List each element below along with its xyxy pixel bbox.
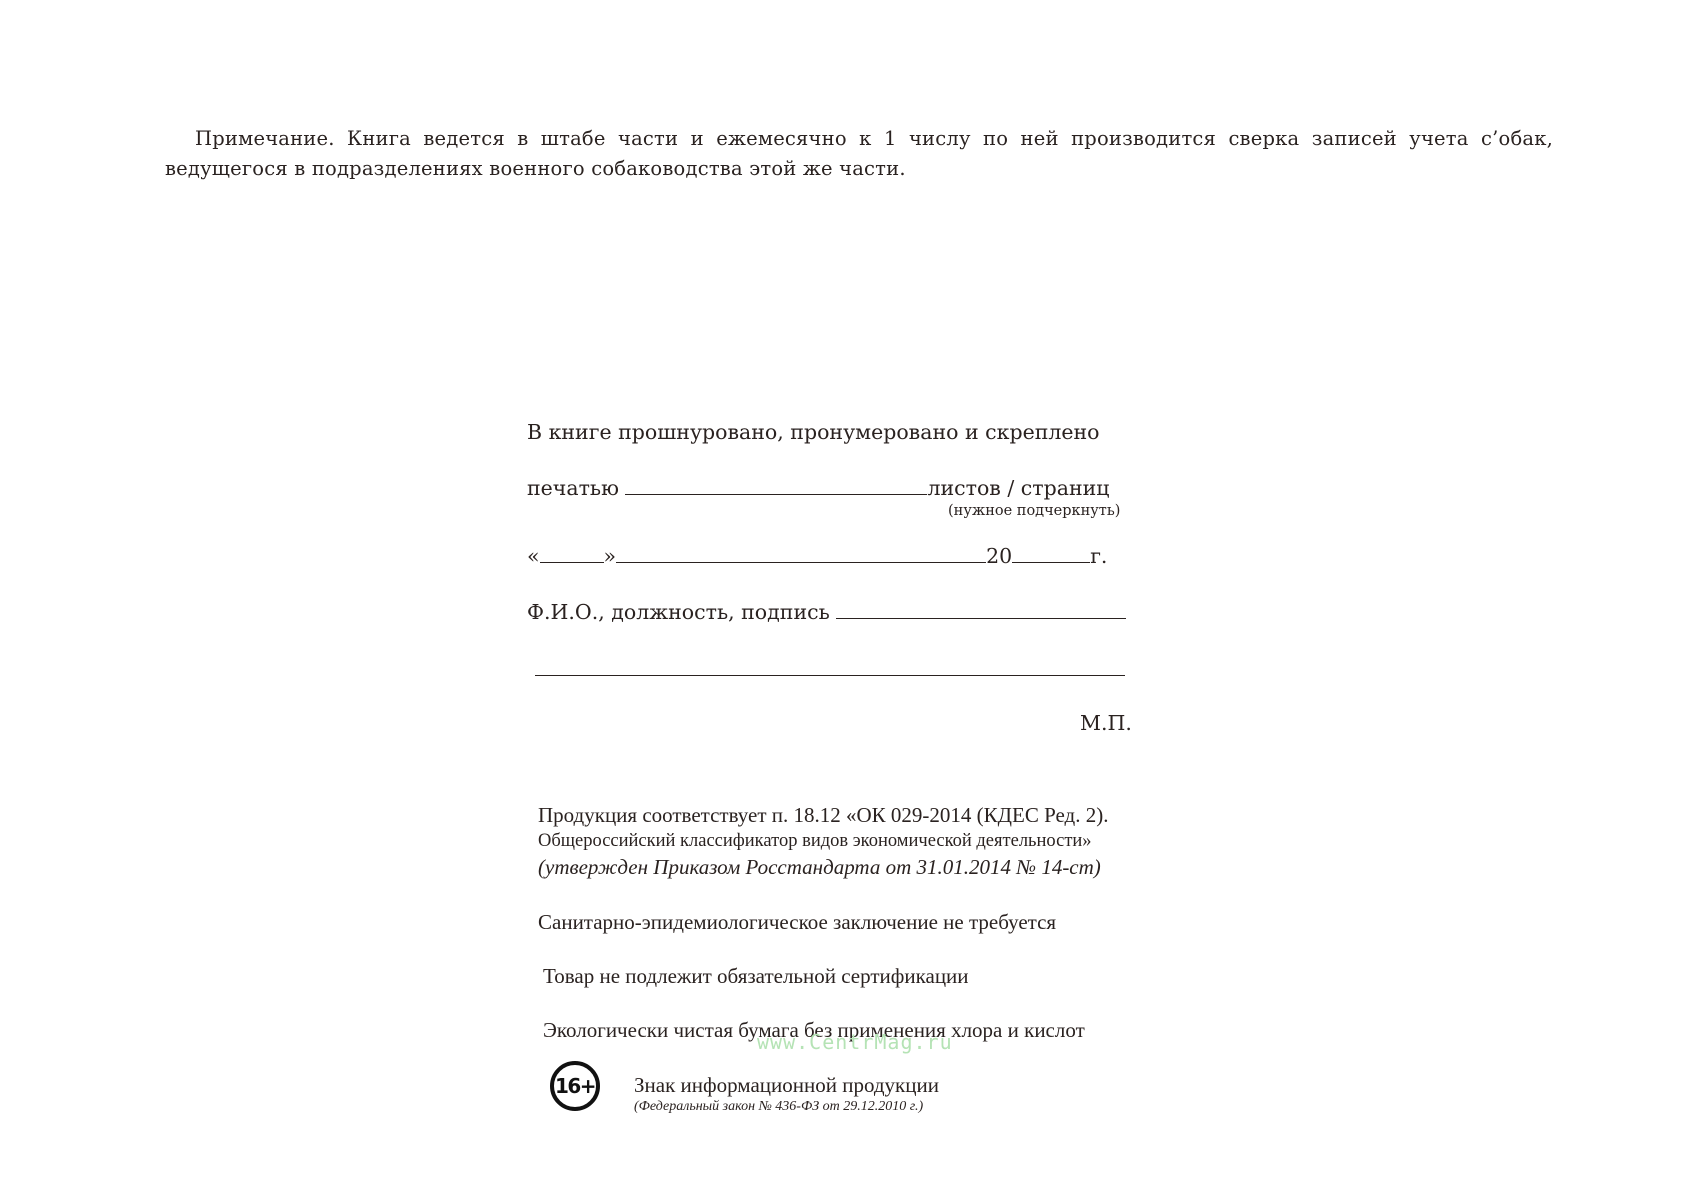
seal-label: печатью — [527, 476, 619, 500]
signature-blank[interactable] — [836, 600, 1126, 619]
law-reference: (Федеральный закон № 436-ФЗ от 29.12.201… — [634, 1099, 923, 1115]
form-line-signature: Ф.И.О., должность, подпись — [527, 600, 1126, 624]
info-product-sign: Знак информационной продукции — [634, 1073, 939, 1098]
sanitary-note: Санитарно-эпидемиологическое заключение … — [538, 910, 1056, 935]
form-line-seal: печатью листов / страниц — [527, 476, 1109, 500]
year-blank[interactable] — [1012, 544, 1090, 563]
form-line-date: «»20г. — [527, 544, 1107, 568]
note-paragraph: Примечание. Книга ведется в штабе части … — [165, 124, 1553, 184]
watermark: www.CentrMag.ru — [757, 1030, 953, 1054]
year-suffix: г. — [1090, 544, 1107, 568]
stamp-place: М.П. — [1080, 711, 1132, 735]
certification-note: Товар не подлежит обязательной сертифика… — [543, 964, 969, 989]
sheets-count-blank[interactable] — [625, 476, 927, 495]
form-line-bound: В книге прошнуровано, пронумеровано и ск… — [527, 420, 1100, 444]
compliance-line-2: Общероссийский классификатор видов эконо… — [538, 831, 1092, 852]
age-rating-16-icon: 16+ — [550, 1061, 600, 1111]
full-width-blank-line[interactable] — [535, 675, 1125, 676]
quote-close: » — [604, 544, 617, 568]
compliance-line-3: (утвержден Приказом Росстандарта от 31.0… — [538, 855, 1101, 880]
compliance-line-1: Продукция соответствует п. 18.12 «ОК 029… — [538, 803, 1108, 828]
year-prefix: 20 — [986, 544, 1012, 568]
quote-open: « — [527, 544, 540, 568]
month-blank[interactable] — [616, 544, 986, 563]
sheets-label: листов / страниц — [927, 476, 1109, 500]
day-blank[interactable] — [540, 544, 604, 563]
underline-hint: (нужное подчеркнуть) — [948, 503, 1120, 519]
signature-label: Ф.И.О., должность, подпись — [527, 600, 830, 624]
